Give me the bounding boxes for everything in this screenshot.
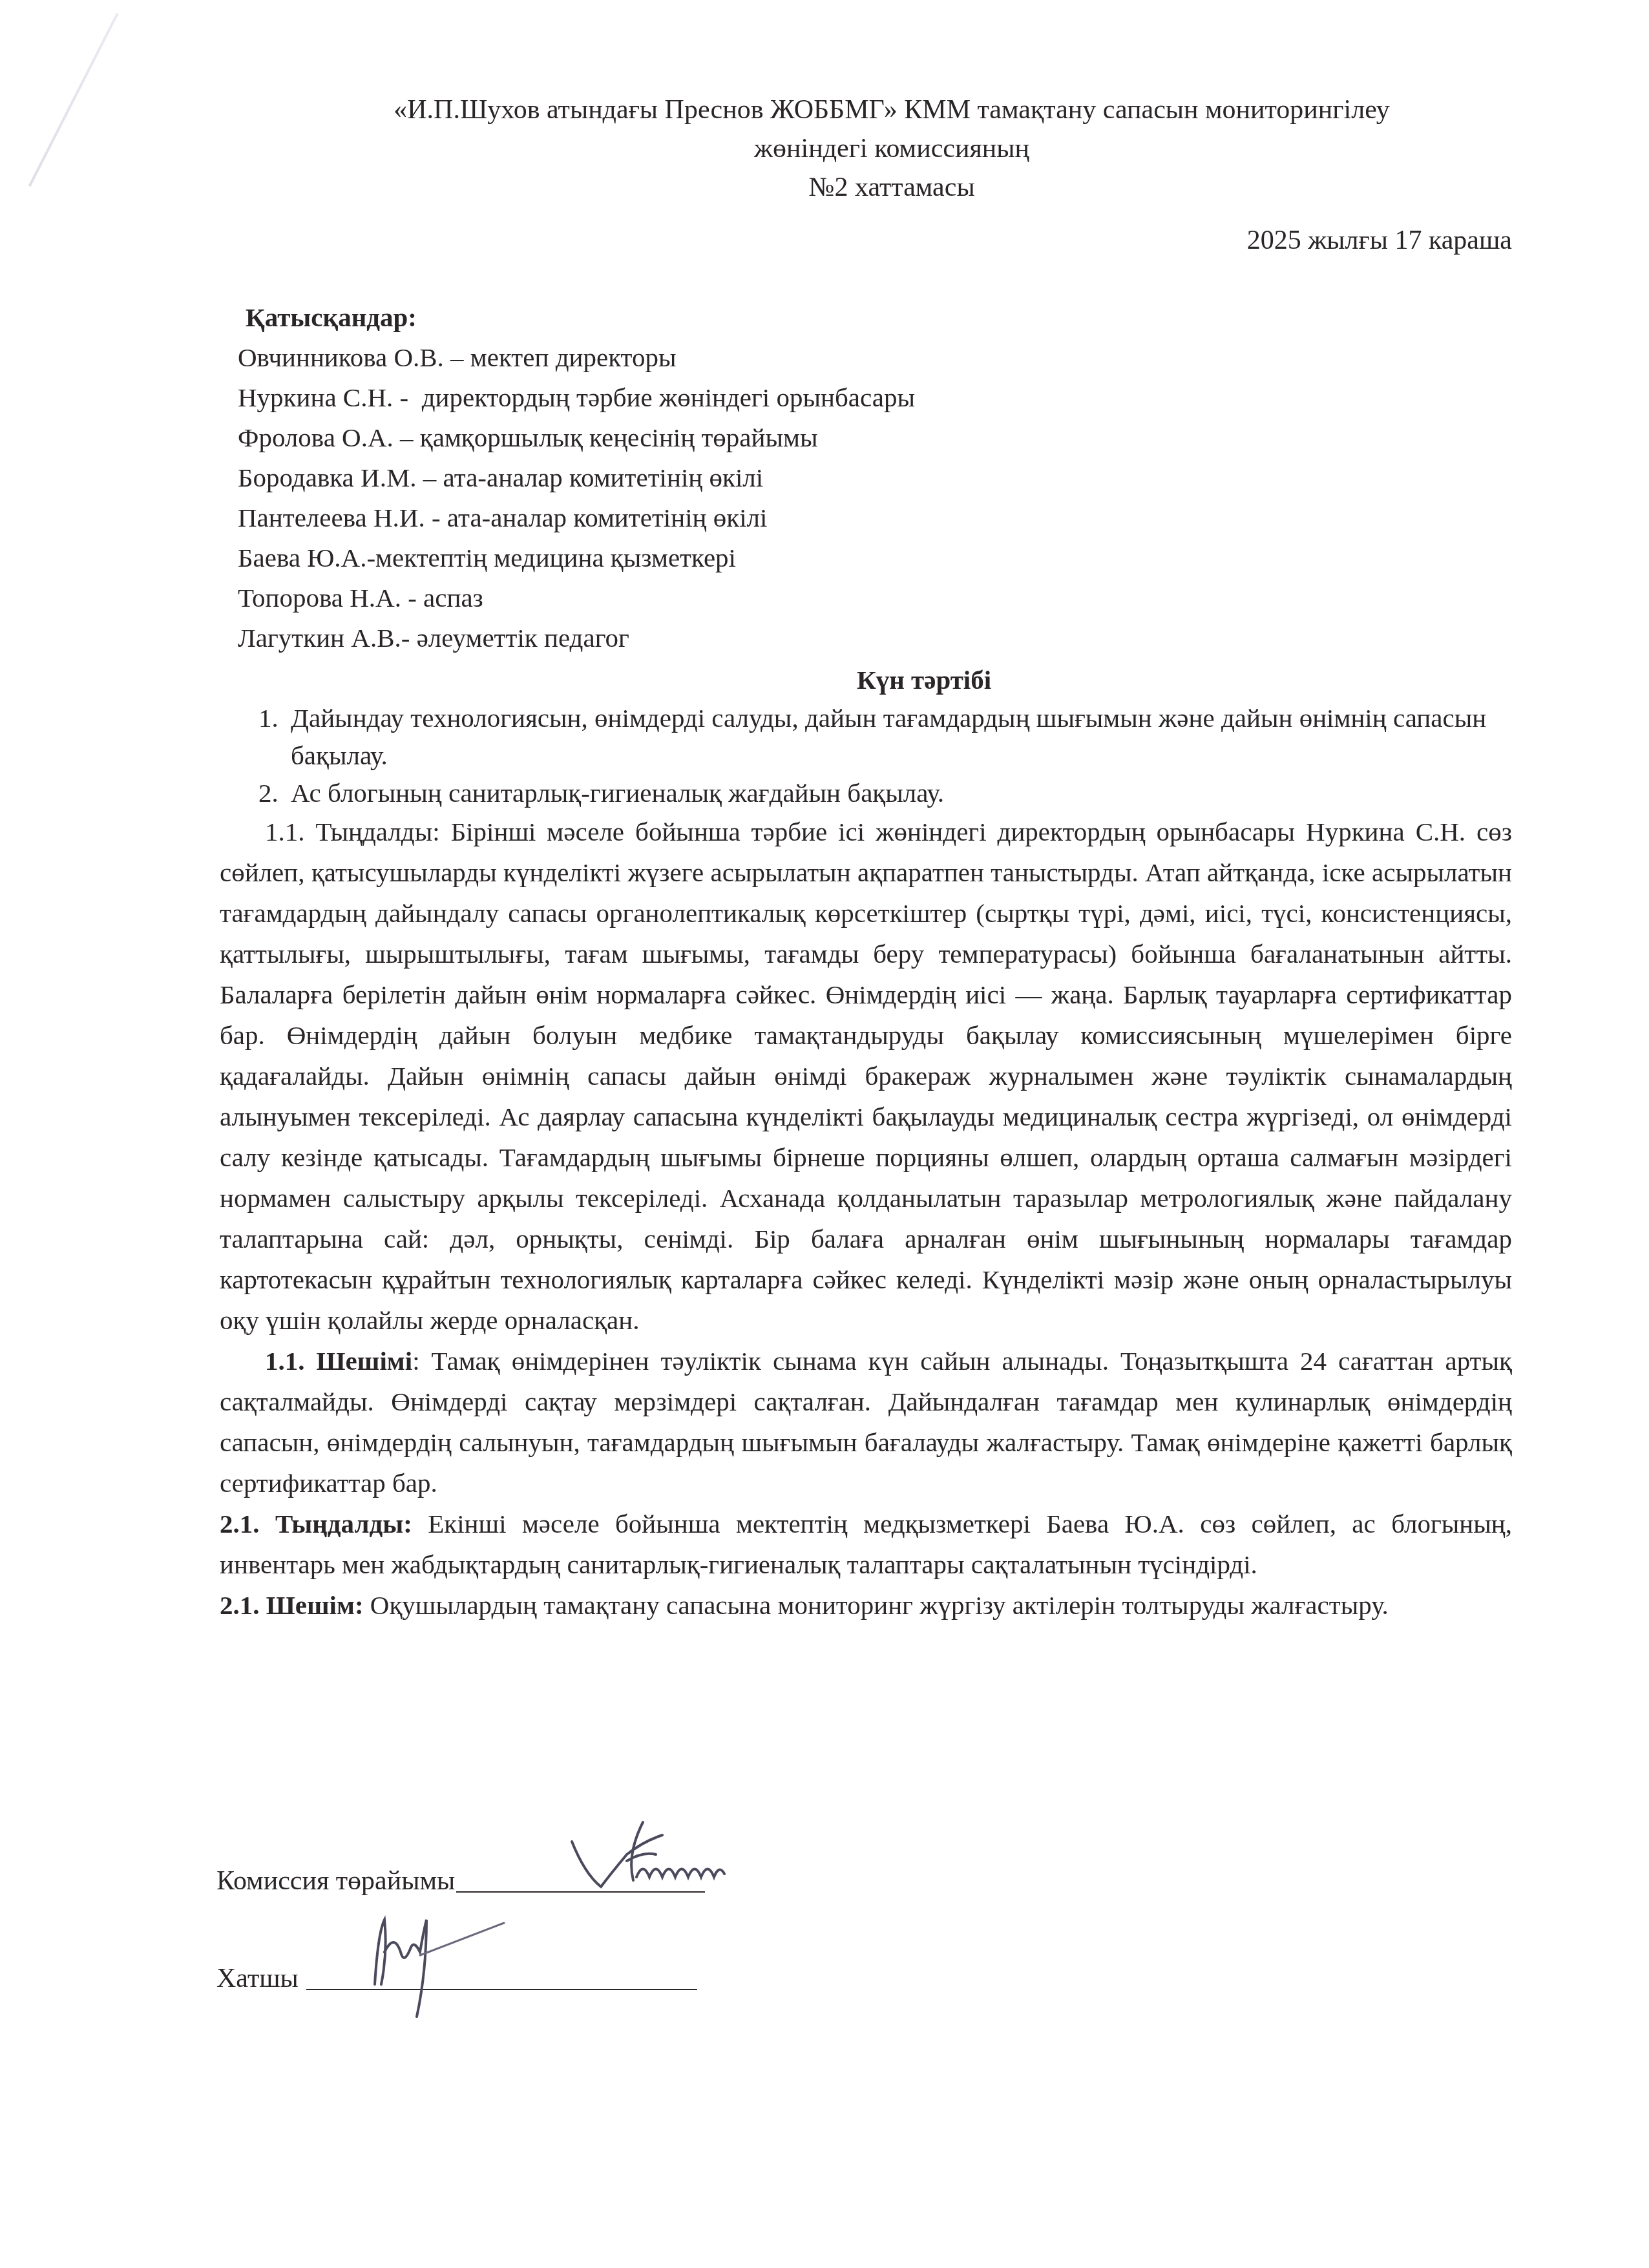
- agenda-item-number: 2.: [258, 774, 291, 812]
- scan-artifact-line: [28, 13, 119, 187]
- section-label: 2.1. Шешім:: [220, 1590, 364, 1620]
- agenda-item: 2.Ас блогының санитарлық-гигиеналық жағд…: [220, 774, 1512, 812]
- section-text: Оқушылардың тамақтану сапасына мониторин…: [364, 1590, 1389, 1620]
- document-page: «И.П.Шухов атындағы Преснов ЖОББМГ» КММ …: [220, 90, 1512, 1626]
- signatures-block: Комиссия төрайымы Хатшы: [216, 1822, 992, 1994]
- title-line-2: жөніндегі комиссияның: [284, 129, 1499, 168]
- title-line-3: №2 хаттамасы: [284, 168, 1499, 207]
- agenda-item-number: 1.: [258, 699, 291, 737]
- participant-item: Овчинникова О.В. – мектеп директоры: [238, 337, 1512, 377]
- agenda-heading: Күн тәртібі: [220, 660, 1512, 699]
- document-date: 2025 жылғы 17 караша: [220, 221, 1512, 260]
- participant-item: Топорова Н.А. - аспаз: [238, 578, 1512, 618]
- secretary-signature-row: Хатшы: [216, 1920, 992, 1994]
- section-label: 1.1. Шешімі: [265, 1346, 412, 1376]
- participant-item: Фролова О.А. – қамқоршылық кеңесінің төр…: [238, 417, 1512, 457]
- agenda-item-text: Дайындау технологиясын, өнімдерді салуды…: [291, 703, 1486, 770]
- secretary-label: Хатшы: [216, 1963, 299, 1994]
- section-text: Екінші мәселе бойынша мектептің медқызме…: [220, 1509, 1512, 1579]
- chair-signature-row: Комиссия төрайымы: [216, 1822, 992, 1896]
- participant-item: Лагуткин А.В.- әлеуметтік педагог: [238, 618, 1512, 658]
- section-label: 2.1. Тыңдалды:: [220, 1509, 412, 1538]
- agenda-item-text: Ас блогының санитарлық-гигиеналық жағдай…: [291, 778, 944, 808]
- agenda-item: 1.Дайындау технологиясын, өнімдерді салу…: [220, 699, 1512, 774]
- section-2-1-heard: 2.1. Тыңдалды: Екінші мәселе бойынша мек…: [220, 1504, 1512, 1585]
- document-title: «И.П.Шухов атындағы Преснов ЖОББМГ» КММ …: [220, 90, 1512, 207]
- participant-item: Баева Ю.А.-мектептің медицина қызметкері: [238, 538, 1512, 578]
- section-1-1-decision: 1.1. Шешімі: Тамақ өнімдерінен тәуліктік…: [220, 1341, 1512, 1504]
- participants-list: Овчинникова О.В. – мектеп директоры Нурк…: [238, 337, 1512, 658]
- chair-signature-icon: [565, 1816, 746, 1900]
- participants-section: Қатысқандар: Овчинникова О.В. – мектеп д…: [220, 297, 1512, 658]
- section-text: 1.1. Тыңдалды: Бірінші мәселе бойынша тә…: [220, 817, 1512, 1335]
- participants-heading: Қатысқандар:: [246, 297, 1512, 337]
- section-1-1-heard: 1.1. Тыңдалды: Бірінші мәселе бойынша тә…: [220, 812, 1512, 1341]
- section-text: : Тамақ өнімдерінен тәуліктік сынама күн…: [220, 1346, 1512, 1498]
- participant-item: Пантелеева Н.И. - ата-аналар комитетінің…: [238, 498, 1512, 538]
- title-line-1: «И.П.Шухов атындағы Преснов ЖОББМГ» КММ …: [284, 90, 1499, 129]
- secretary-signature-line: [306, 1988, 697, 1990]
- participant-item: Нуркина С.Н. - директордың тәрбие жөнінд…: [238, 377, 1512, 417]
- chair-label: Комиссия төрайымы: [216, 1865, 455, 1896]
- secretary-signature-icon: [349, 1894, 517, 2023]
- section-2-1-decision: 2.1. Шешім: Оқушылардың тамақтану сапасы…: [220, 1585, 1512, 1626]
- chair-signature-line: [456, 1890, 705, 1893]
- participant-item: Бородавка И.М. – ата-аналар комитетінің …: [238, 457, 1512, 498]
